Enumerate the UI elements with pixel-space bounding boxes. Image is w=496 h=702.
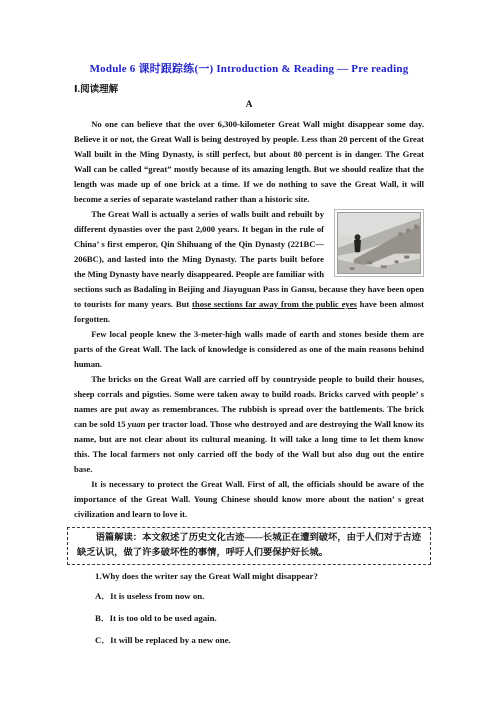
page-title: Module 6 课时跟踪练(一) Introduction & Reading… — [74, 62, 424, 76]
great-wall-ruins-illustration — [337, 212, 421, 274]
summary-box-label: 语篇解读： — [96, 532, 143, 542]
section-heading-reading-comprehension: Ⅰ.阅读理解 — [74, 83, 424, 96]
italic-word-yuan: yuan — [128, 419, 146, 429]
question-1-option-b[interactable]: B．It is too old to be used again. — [95, 611, 424, 625]
passage-summary-box: 语篇解读：本文叙述了历史文化古迹——长城正在遭到破坏，由于人们对于古迹缺乏认识，… — [67, 527, 431, 565]
paragraph-5: It is necessary to protect the Great Wal… — [74, 477, 424, 522]
great-wall-photo — [334, 209, 424, 277]
question-1-text: 1.Why does the writer say the Great Wall… — [95, 569, 424, 584]
reading-passage: No one can believe that the over 6,300-k… — [74, 117, 424, 522]
worksheet-page: Module 6 课时跟踪练(一) Introduction & Reading… — [0, 0, 496, 702]
paragraph-2: The Great Wall is actually a series of w… — [74, 207, 424, 327]
paragraph-4: The bricks on the Great Wall are carried… — [74, 372, 424, 477]
paragraph-3: Few local people knew the 3-meter-high w… — [74, 327, 424, 372]
underlined-phrase: those sections far away from the public … — [192, 299, 357, 309]
question-1-option-c[interactable]: C．It will be replaced by a new one. — [95, 633, 424, 647]
paragraph-1: No one can believe that the over 6,300-k… — [74, 117, 424, 207]
passage-label-a: A — [74, 99, 424, 112]
question-1-option-a[interactable]: A．It is useless from now on. — [95, 589, 424, 603]
question-1-block: 1.Why does the writer say the Great Wall… — [95, 569, 424, 647]
